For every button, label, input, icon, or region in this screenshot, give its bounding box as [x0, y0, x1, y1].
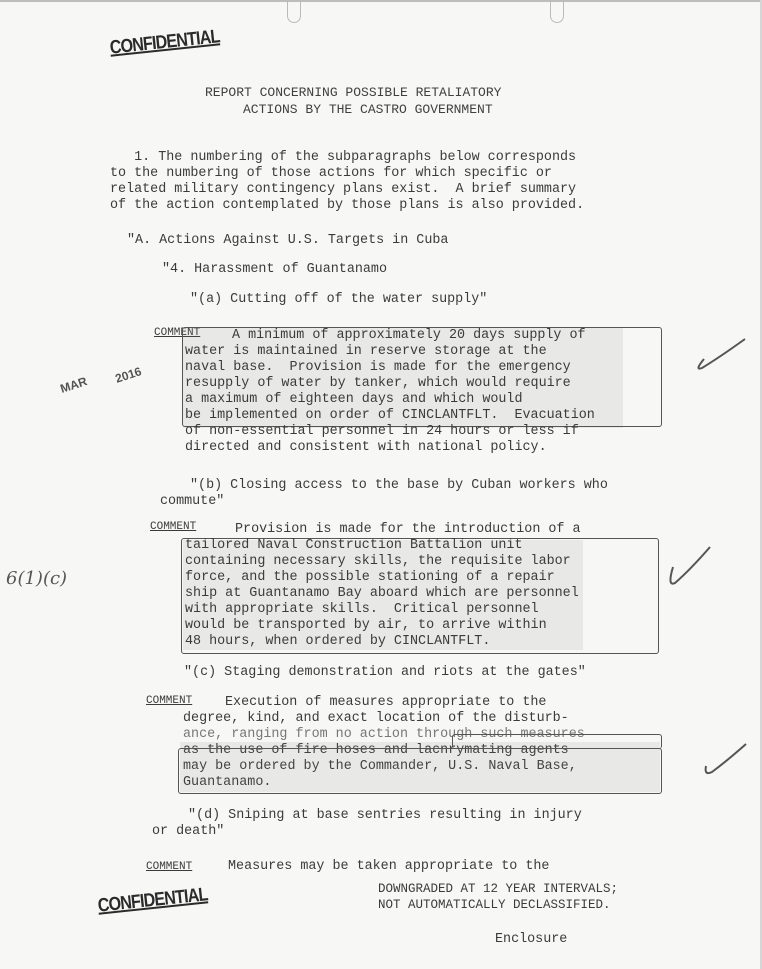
punch-hole-mark [550, 0, 564, 23]
date-stamp-month: MAR [59, 374, 89, 396]
downgrade-notice-line-1: DOWNGRADED AT 12 YEAR INTERVALS; [378, 882, 618, 898]
downgrade-notice-line-2: NOT AUTOMATICALLY DECLASSIFIED. [378, 898, 611, 914]
bracket-box-c [178, 748, 662, 794]
checkmark-icon [665, 545, 715, 590]
confidential-stamp-top: CONFIDENTIAL [109, 26, 221, 59]
item-b-heading-cont: commute" [160, 494, 224, 510]
section-a-heading: "A. Actions Against U.S. Targets in Cuba [127, 233, 448, 249]
handwritten-exemption-note: 6(1)(c) [6, 568, 67, 589]
comment-label: COMMENT [146, 694, 192, 710]
item-d-heading-cont: or death" [152, 824, 224, 840]
bracket-box-c-top [452, 734, 662, 749]
item-b-heading: "(b) Closing access to the base by Cuban… [190, 478, 608, 494]
confidential-stamp-bottom: CONFIDENTIAL [97, 884, 209, 917]
item-c-heading: "(c) Staging demonstration and riots at … [184, 665, 586, 681]
date-stamp-year: 2016 [113, 364, 143, 386]
checkmark-icon [690, 335, 750, 375]
scan-top-edge [0, 0, 762, 2]
checkmark-icon [700, 740, 750, 780]
item-a-heading: "(a) Cutting off of the water supply" [190, 292, 487, 308]
comment-label: COMMENT [150, 520, 196, 536]
title-line-2: ACTIONS BY THE CASTRO GOVERNMENT [243, 102, 493, 118]
item-4-heading: "4. Harassment of Guantanamo [162, 262, 387, 278]
item-d-heading: "(d) Sniping at base sentries resulting … [188, 808, 582, 824]
title-line-1: REPORT CONCERNING POSSIBLE RETALIATORY [205, 85, 501, 101]
item-d-comment: Measures may be taken appropriate to the [228, 859, 549, 875]
enclosure-label: Enclosure [495, 932, 567, 948]
comment-label: COMMENT [146, 860, 192, 876]
punch-hole-mark [287, 0, 301, 23]
